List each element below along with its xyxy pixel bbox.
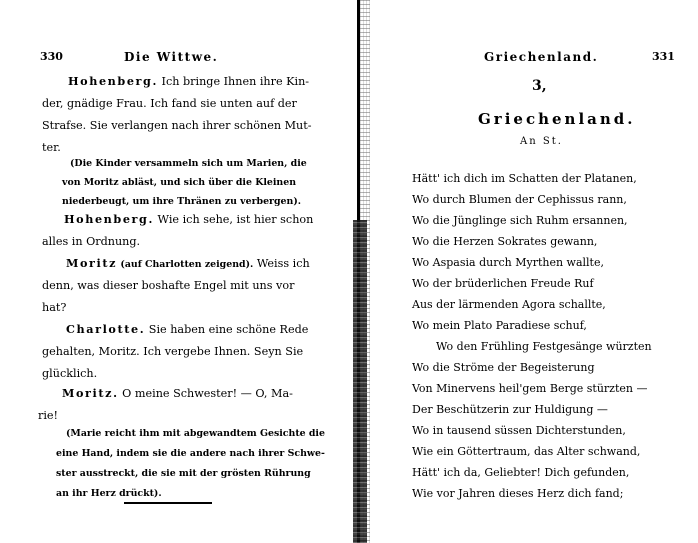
verse-line: Wo die Jünglinge sich Ruhm ersannen, (412, 214, 628, 227)
text-line: ter. (42, 142, 61, 153)
verse-line: Wo durch Blumen der Cephissus rann, (412, 193, 627, 206)
speaker-name: Moritz. (62, 386, 119, 400)
text-line: der, gnädige Frau. Ich fand sie unten au… (42, 98, 297, 109)
poem-dedication: An St. (520, 136, 563, 147)
stage-direction: eine Hand, indem sie die andere nach ihr… (56, 448, 325, 459)
stage-direction: von Moritz abläst, und sich über die Kle… (62, 177, 296, 188)
verse-line: Wo die Herzen Sokrates gewann, (412, 235, 597, 248)
text-line: glücklich. (42, 368, 97, 379)
gutter-scan-noise (353, 220, 367, 543)
text-line: hat? (42, 302, 66, 313)
text-line: Moritz (auf Charlotten zeigend). Weiss i… (66, 258, 310, 269)
stage-direction-inline: (auf Charlotten zeigend). (117, 259, 253, 270)
text-line: alles in Ordnung. (42, 236, 140, 247)
running-head-left: Die Wittwe. (124, 50, 218, 64)
text-line: Charlotte. Sie haben eine schöne Rede (66, 324, 308, 335)
page-number-right: 331 (652, 50, 675, 63)
running-head-right: Griechenland. (484, 50, 598, 64)
text-line: rie! (38, 410, 58, 421)
verse-line: Wo in tausend süssen Dichterstunden, (412, 424, 626, 437)
speaker-name: Moritz (66, 256, 117, 270)
verse-line: Wo mein Plato Paradiese schuf, (412, 319, 587, 332)
verse-line: Wo der brüderlichen Freude Ruf (412, 277, 594, 290)
text-line: Moritz. O meine Schwester! — O, Ma- (62, 388, 293, 399)
text-line: gehalten, Moritz. Ich vergebe Ihnen. Sey… (42, 346, 303, 357)
end-rule (124, 502, 212, 504)
verse-line: Aus der lärmenden Agora schallte, (412, 298, 606, 311)
verse-line: Hätt' ich dich im Schatten der Platanen, (412, 172, 637, 185)
verse-line: Von Minervens heil'gem Berge stürzten — (412, 382, 647, 395)
verse-line: Wo die Ströme der Begeisterung (412, 361, 595, 374)
verse-line: Wie ein Göttertraum, das Alter schwand, (412, 445, 640, 458)
right-page: Griechenland. 331 3, Griechenland. An St… (382, 0, 698, 543)
speaker-name: Charlotte. (66, 322, 145, 336)
section-number: 3, (532, 78, 547, 94)
verse-line: Hätt' ich da, Geliebter! Dich gefunden, (412, 466, 629, 479)
poem-title: Griechenland. (478, 110, 635, 128)
verse-line: Wie vor Jahren dieses Herz dich fand; (412, 487, 623, 500)
text-line: Hohenberg. Wie ich sehe, ist hier schon (64, 214, 313, 225)
text-line: denn, was dieser boshafte Engel mit uns … (42, 280, 294, 291)
stage-direction: (Die Kinder versammeln sich um Marien, d… (70, 158, 307, 169)
text-line: Hohenberg. Ich bringe Ihnen ihre Kin- (68, 76, 309, 87)
stage-direction: niederbeugt, um ihre Thränen zu verberge… (62, 196, 301, 207)
stage-direction: ster ausstreckt, die sie mit der grösten… (56, 468, 311, 479)
speaker-name: Hohenberg. (64, 212, 154, 226)
speaker-name: Hohenberg. (68, 74, 158, 88)
page-number-left: 330 (40, 50, 63, 63)
stage-direction: (Marie reicht ihm mit abgewandtem Gesich… (66, 428, 325, 439)
left-page: 330 Die Wittwe. Hohenberg. Ich bringe Ih… (0, 0, 350, 543)
text-line: Strafse. Sie verlangen nach ihrer schöne… (42, 120, 312, 131)
stage-direction: an ihr Herz drückt). (56, 488, 162, 499)
verse-line-indented: Wo den Frühling Festgesänge würzten (436, 340, 652, 353)
verse-line: Der Beschützerin zur Huldigung — (412, 403, 608, 416)
verse-line: Wo Aspasia durch Myrthen wallte, (412, 256, 604, 269)
